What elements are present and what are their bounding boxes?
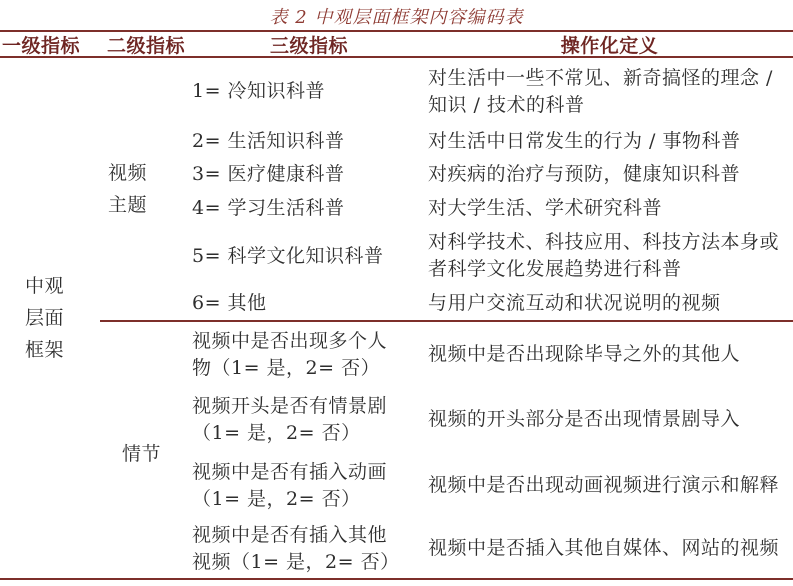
- indicator-cell: 4= 学习生活科普: [192, 191, 426, 225]
- section-rows: 1= 冷知识科普 对生活中一些不常见、新奇搞怪的理念 / 知识 / 技术的科普 …: [192, 58, 793, 320]
- indicator-line: 物（1= 是，2= 否）: [192, 355, 426, 382]
- section-video-theme: 视频 主题 1= 冷知识科普 对生活中一些不常见、新奇搞怪的理念 / 知识 / …: [100, 58, 793, 320]
- definition-cell: 对大学生活、学术研究科普: [426, 191, 793, 225]
- indicator-line: 视频中是否出现多个人: [192, 328, 426, 355]
- table-row: 6= 其他 与用户交流互动和状况说明的视频: [192, 287, 793, 320]
- definition-cell: 对疾病的治疗与预防，健康知识科普: [426, 157, 793, 191]
- definition-line: 知识 / 技术的科普: [428, 92, 793, 119]
- definition-cell: 对生活中日常发生的行为 / 事物科普: [426, 125, 793, 157]
- indicator-cell: 视频开头是否有情景剧 （1= 是，2= 否）: [192, 387, 426, 452]
- table-title: 表 2 中观层面框架内容编码表: [0, 3, 793, 29]
- table-sections: 视频 主题 1= 冷知识科普 对生活中一些不常见、新奇搞怪的理念 / 知识 / …: [100, 58, 793, 578]
- indicator-line: 3= 医疗健康科普: [192, 161, 426, 188]
- definition-cell: 视频中是否出现除毕导之外的其他人: [426, 322, 793, 387]
- level1-line: 框架: [25, 334, 100, 366]
- table-row: 4= 学习生活科普 对大学生活、学术研究科普: [192, 191, 793, 225]
- definition-cell: 与用户交流互动和状况说明的视频: [426, 287, 793, 320]
- definition-cell: 视频的开头部分是否出现情景剧导入: [426, 387, 793, 452]
- indicator-cell: 5= 科学文化知识科普: [192, 225, 426, 287]
- level2-line: 主题: [108, 189, 192, 221]
- definition-cell: 对生活中一些不常见、新奇搞怪的理念 / 知识 / 技术的科普: [426, 58, 793, 125]
- indicator-cell: 2= 生活知识科普: [192, 125, 426, 157]
- table-header: 一级指标 二级指标 三级指标 操作化定义: [0, 30, 793, 58]
- indicator-line: 5= 科学文化知识科普: [192, 243, 426, 270]
- definition-line: 视频中是否插入其他自媒体、网站的视频: [428, 535, 793, 562]
- table-row: 视频开头是否有情景剧 （1= 是，2= 否） 视频的开头部分是否出现情景剧导入: [192, 387, 793, 452]
- definition-line: 对生活中日常发生的行为 / 事物科普: [428, 128, 793, 155]
- level1-cell: 中观 层面 框架: [0, 58, 100, 578]
- indicator-line: 视频中是否有插入其他: [192, 522, 426, 549]
- indicator-line: 4= 学习生活科普: [192, 195, 426, 222]
- paper-table-page: 表 2 中观层面框架内容编码表 一级指标 二级指标 三级指标 操作化定义 中观 …: [0, 0, 793, 586]
- level1-line: 层面: [25, 302, 100, 334]
- header-cell-definition: 操作化定义: [426, 31, 793, 58]
- definition-line: 对大学生活、学术研究科普: [428, 195, 793, 222]
- section-rows: 视频中是否出现多个人 物（1= 是，2= 否） 视频中是否出现除毕导之外的其他人…: [192, 322, 793, 578]
- indicator-cell: 6= 其他: [192, 287, 426, 320]
- indicator-cell: 视频中是否出现多个人 物（1= 是，2= 否）: [192, 322, 426, 387]
- definition-line: 视频中是否出现除毕导之外的其他人: [428, 341, 793, 368]
- header-cell-level3: 三级指标: [192, 31, 426, 58]
- indicator-line: 视频开头是否有情景剧: [192, 393, 426, 420]
- table-row: 5= 科学文化知识科普 对科学技术、科技应用、科技方法本身或 者科学文化发展趋势…: [192, 225, 793, 287]
- indicator-cell: 3= 医疗健康科普: [192, 157, 426, 191]
- indicator-line: 2= 生活知识科普: [192, 128, 426, 155]
- definition-cell: 视频中是否出现动画视频进行演示和解释: [426, 452, 793, 519]
- definition-line: 者科学文化发展趋势进行科普: [428, 256, 793, 283]
- indicator-line: （1= 是，2= 否）: [192, 486, 426, 513]
- definition-line: 对生活中一些不常见、新奇搞怪的理念 /: [428, 65, 793, 92]
- definition-line: 视频中是否出现动画视频进行演示和解释: [428, 472, 793, 499]
- definition-cell: 视频中是否插入其他自媒体、网站的视频: [426, 519, 793, 578]
- definition-cell: 对科学技术、科技应用、科技方法本身或 者科学文化发展趋势进行科普: [426, 225, 793, 287]
- definition-line: 对疾病的治疗与预防，健康知识科普: [428, 161, 793, 188]
- table-row: 1= 冷知识科普 对生活中一些不常见、新奇搞怪的理念 / 知识 / 技术的科普: [192, 58, 793, 125]
- section-plot: 情节 视频中是否出现多个人 物（1= 是，2= 否） 视频中是否出现除毕导之外的…: [100, 320, 793, 578]
- indicator-line: 1= 冷知识科普: [192, 78, 426, 105]
- indicator-line: （1= 是，2= 否）: [192, 420, 426, 447]
- table-row: 视频中是否有插入动画 （1= 是，2= 否） 视频中是否出现动画视频进行演示和解…: [192, 452, 793, 519]
- level2-line: 情节: [122, 438, 192, 470]
- header-cell-level2: 二级指标: [100, 31, 192, 58]
- header-cell-level1: 一级指标: [0, 31, 100, 58]
- indicator-cell: 1= 冷知识科普: [192, 58, 426, 125]
- table-row: 2= 生活知识科普 对生活中日常发生的行为 / 事物科普: [192, 125, 793, 157]
- table-row: 视频中是否有插入其他 视频（1= 是，2= 否） 视频中是否插入其他自媒体、网站…: [192, 519, 793, 578]
- level2-cell: 视频 主题: [100, 58, 192, 320]
- indicator-line: 视频（1= 是，2= 否）: [192, 549, 426, 576]
- indicator-cell: 视频中是否有插入其他 视频（1= 是，2= 否）: [192, 519, 426, 578]
- definition-line: 视频的开头部分是否出现情景剧导入: [428, 406, 793, 433]
- level1-line: 中观: [25, 270, 100, 302]
- level2-cell: 情节: [100, 322, 192, 578]
- level2-line: 视频: [108, 157, 192, 189]
- indicator-cell: 视频中是否有插入动画 （1= 是，2= 否）: [192, 452, 426, 519]
- definition-line: 对科学技术、科技应用、科技方法本身或: [428, 229, 793, 256]
- table-body: 中观 层面 框架 视频 主题 1= 冷知识科普 对生活中一些不常见、新奇搞怪的理…: [0, 58, 793, 580]
- indicator-line: 6= 其他: [192, 290, 426, 317]
- table-row: 视频中是否出现多个人 物（1= 是，2= 否） 视频中是否出现除毕导之外的其他人: [192, 322, 793, 387]
- definition-line: 与用户交流互动和状况说明的视频: [428, 290, 793, 317]
- table-row: 3= 医疗健康科普 对疾病的治疗与预防，健康知识科普: [192, 157, 793, 191]
- indicator-line: 视频中是否有插入动画: [192, 459, 426, 486]
